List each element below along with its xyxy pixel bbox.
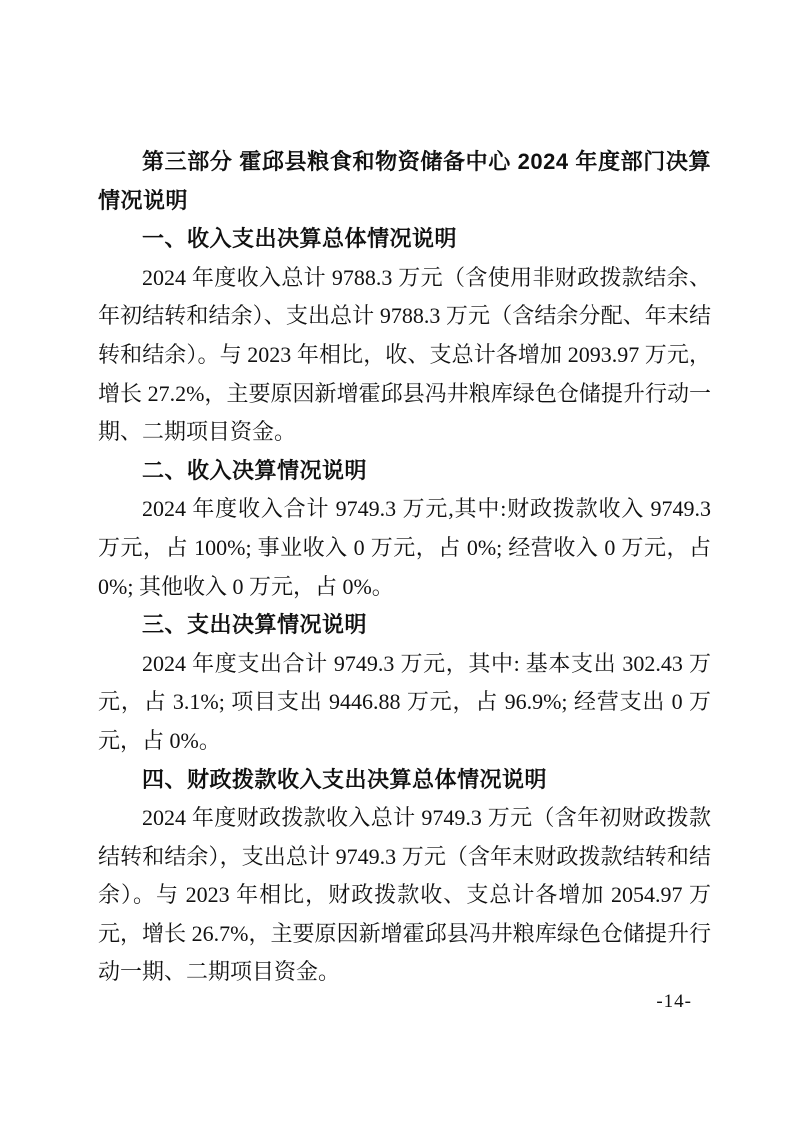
section-1-heading: 一、收入支出决算总体情况说明 — [98, 220, 711, 259]
section-4-heading: 四、财政拨款收入支出决算总体情况说明 — [98, 761, 711, 800]
section-3-paragraph: 2024 年度支出合计 9749.3 万元，其中: 基本支出 302.43 万元… — [98, 645, 711, 761]
document-title: 第三部分 霍邱县粮食和物资储备中心 2024 年度部门决算情况说明 — [98, 143, 711, 220]
section-4-paragraph: 2024 年度财政拨款收入总计 9749.3 万元（含年初财政拨款结转和结余），… — [98, 799, 711, 992]
document-page: 第三部分 霍邱县粮食和物资储备中心 2024 年度部门决算情况说明 一、收入支出… — [0, 0, 793, 1122]
section-2-heading: 二、收入决算情况说明 — [98, 452, 711, 491]
page-number: -14- — [656, 991, 692, 1013]
document-body: 第三部分 霍邱县粮食和物资储备中心 2024 年度部门决算情况说明 一、收入支出… — [98, 143, 711, 992]
section-1-paragraph: 2024 年度收入总计 9788.3 万元（含使用非财政拨款结余、年初结转和结余… — [98, 259, 711, 452]
section-3-heading: 三、支出决算情况说明 — [98, 606, 711, 645]
section-2-paragraph: 2024 年度收入合计 9749.3 万元,其中:财政拨款收入 9749.3 万… — [98, 490, 711, 606]
